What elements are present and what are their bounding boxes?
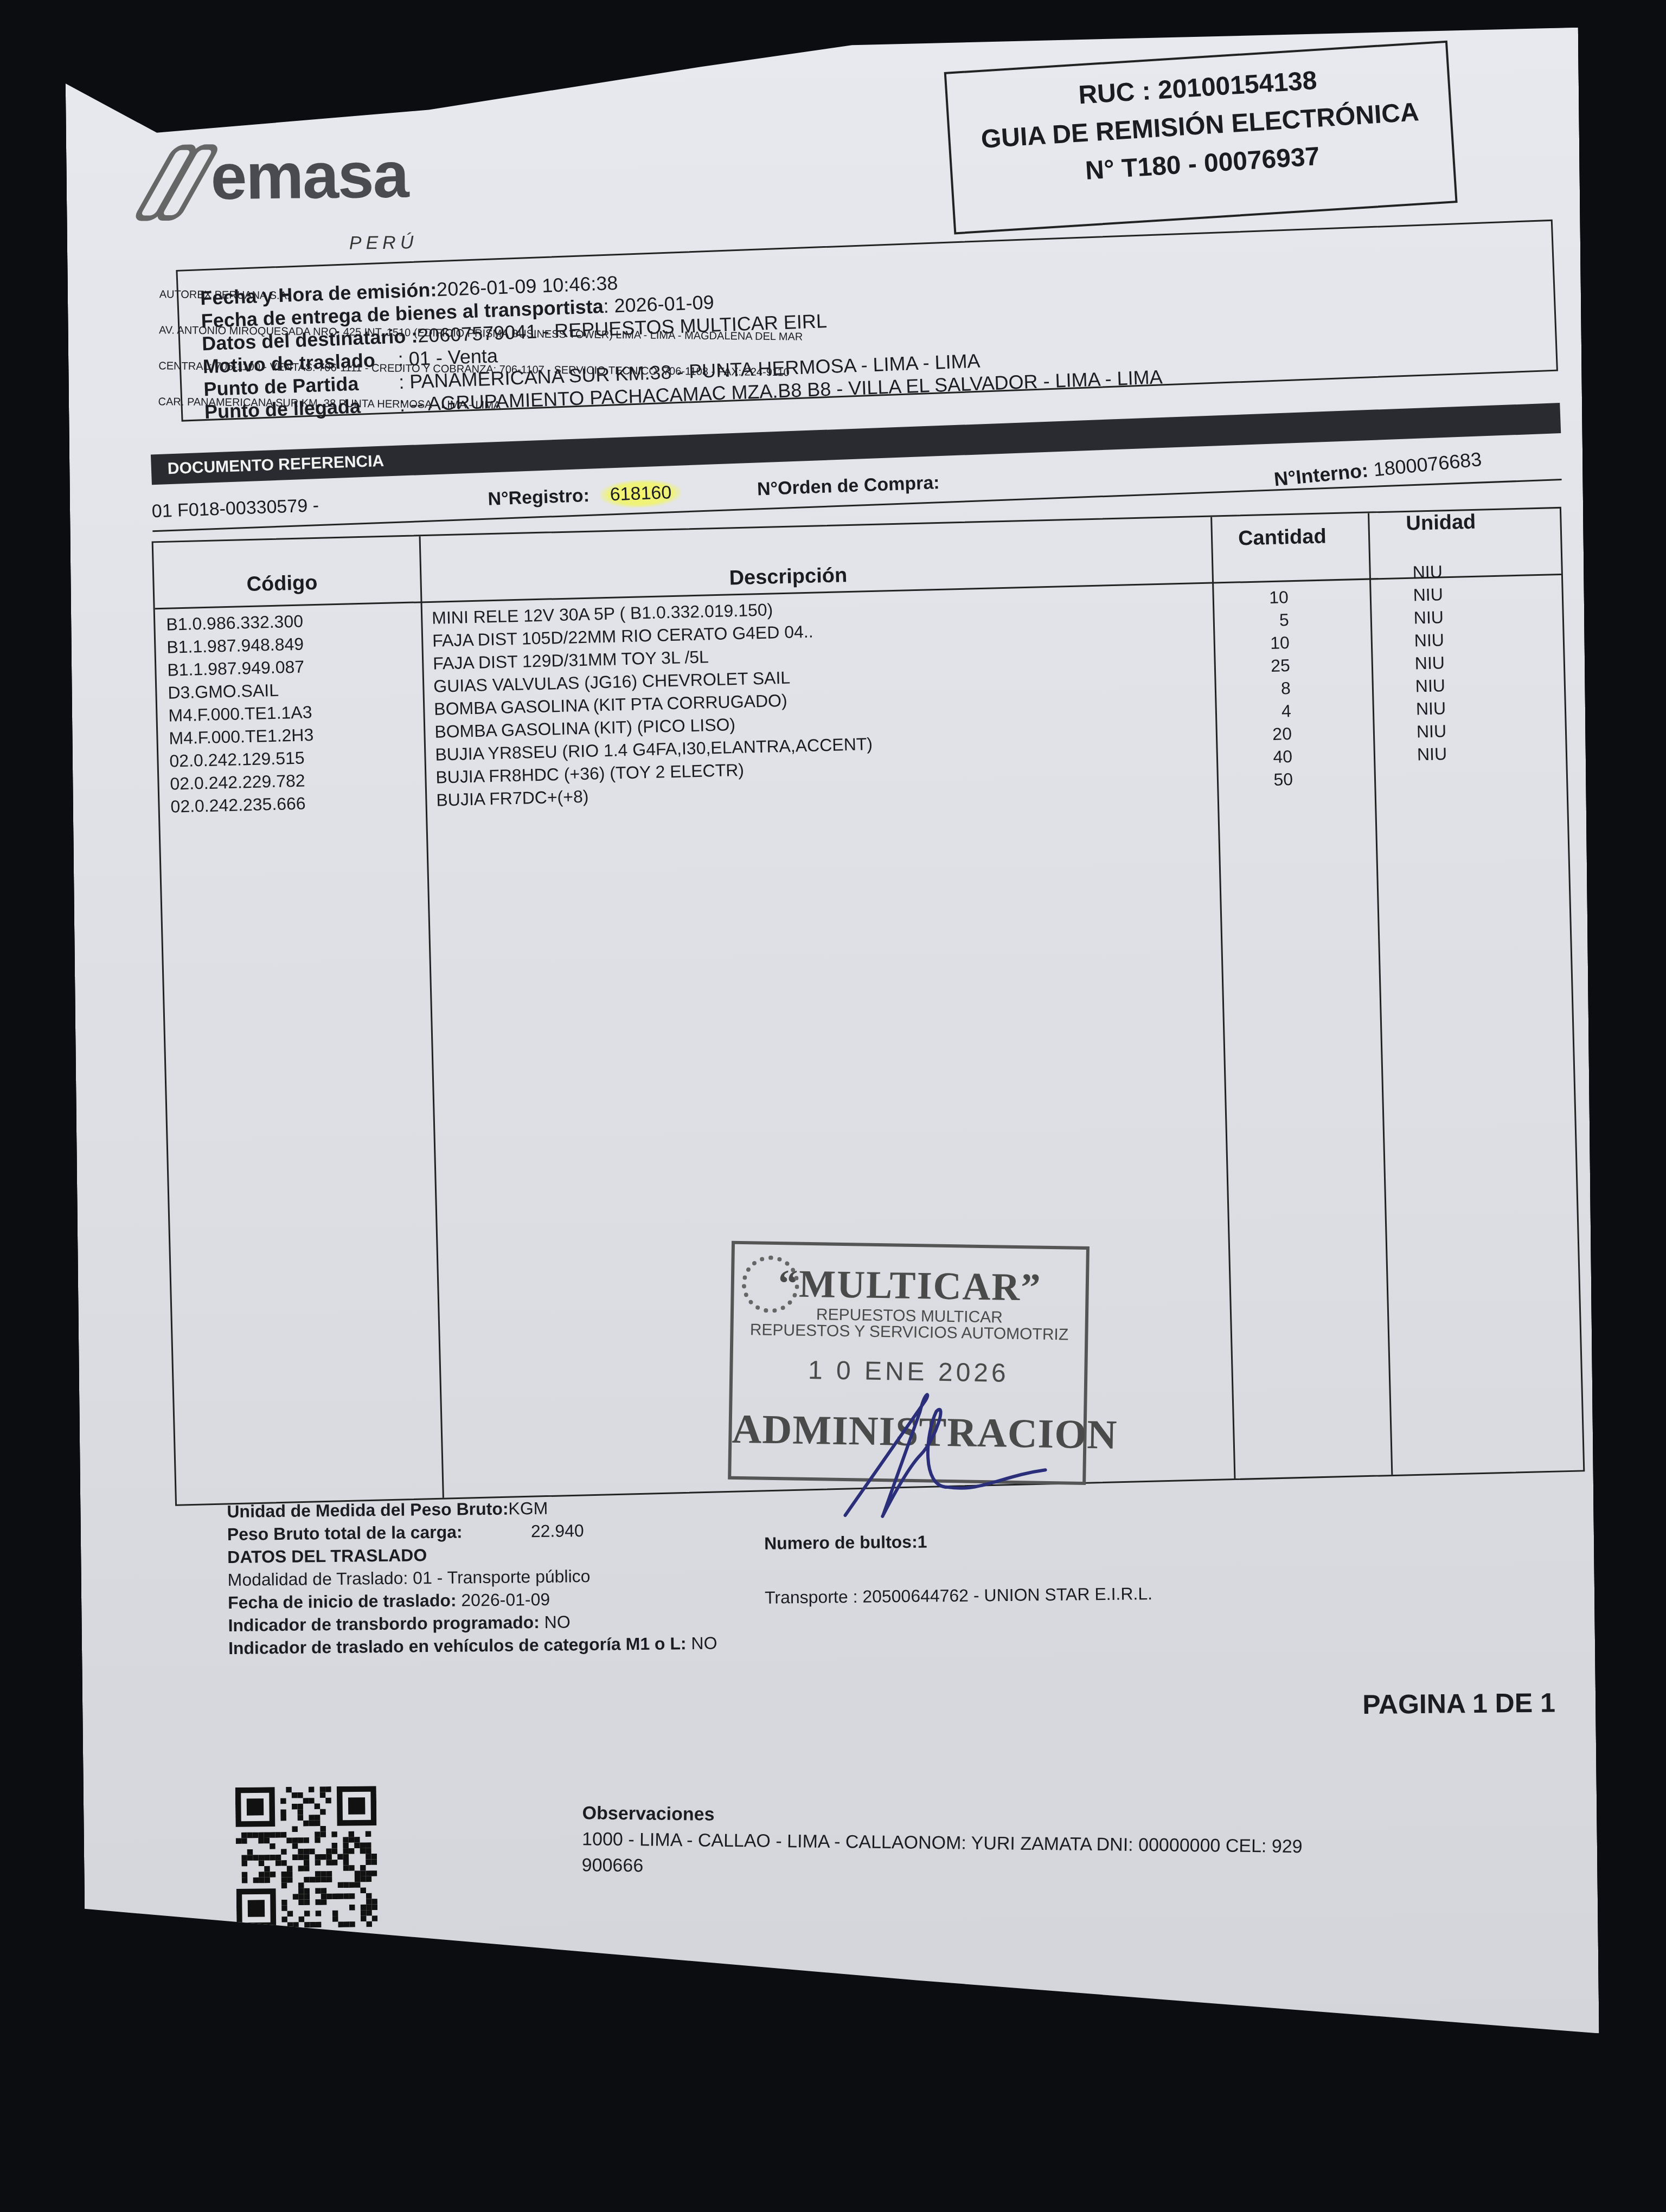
qr-code[interactable]	[235, 1786, 378, 1928]
shipment-summary: Unidad de Medida del Peso Bruto:KGM Peso…	[227, 1495, 717, 1660]
table-cell-unidad: NIU	[1416, 719, 1446, 743]
transbordo-label: Indicador de transbordo programado:	[228, 1612, 540, 1635]
peso-total-value: 22.940	[531, 1521, 584, 1541]
table-cell-unidad: NIU	[1415, 674, 1445, 697]
emasa-logo: emasa	[153, 137, 408, 215]
table-cell-codigo: D3.GMO.SAIL	[168, 678, 313, 704]
transbordo-value: NO	[544, 1612, 571, 1632]
orden-label: N°Orden de Compra:	[757, 472, 940, 500]
bultos-label: Numero de bultos:	[764, 1532, 918, 1553]
table-cell-cantidad: 40	[1259, 745, 1292, 768]
brand-country: PERÚ	[349, 232, 418, 254]
document-sheet: emasa PERÚ AUTOREX PERUANA S.A. AV. ANTO…	[65, 28, 1599, 2049]
reference-doc: 01 F018-00330579 -	[151, 488, 488, 522]
table-cell-codigo: M4.F.000.TE1.2H3	[169, 723, 314, 750]
table-cell-codigo: 02.0.242.129.515	[169, 746, 315, 773]
m1-label: Indicador de traslado en vehículos de ca…	[228, 1634, 687, 1658]
table-cell-unidad: NIU	[1414, 628, 1444, 652]
table-cell-codigo: 02.0.242.229.782	[170, 769, 315, 795]
table-cell-unidad: NIU	[1413, 606, 1444, 629]
peso-unidad-value: KGM	[508, 1499, 548, 1519]
header-unidad: Unidad	[1406, 511, 1476, 536]
registro-value: 618160	[600, 478, 682, 509]
registro-label: N°Registro:	[488, 485, 590, 510]
table-cell-codigo: B1.1.987.949.087	[167, 655, 312, 681]
observaciones: Observaciones 1000 - LIMA - CALLAO - LIM…	[581, 1800, 1303, 1886]
table-cell-unidad: NIU	[1415, 697, 1446, 720]
info-value: : 01 - Venta	[398, 344, 498, 371]
table-cell-codigo: M4.F.000.TE1.1A3	[168, 700, 313, 727]
table-cell-codigo: B1.0.986.332.300	[166, 609, 311, 636]
table-cell-cantidad: 50	[1260, 768, 1293, 791]
table-cell-unidad: NIU	[1413, 583, 1443, 606]
table-cell-codigo: 02.0.242.235.666	[170, 792, 316, 818]
codigo-list: B1.0.986.332.300B1.1.987.948.849B1.1.987…	[166, 609, 316, 818]
fecha-inicio-label: Fecha de inicio de traslado:	[228, 1591, 457, 1612]
fecha-inicio-value: 2026-01-09	[461, 1590, 550, 1610]
document-id-box: RUC : 20100154138 GUIA DE REMISIÓN ELECT…	[944, 41, 1458, 235]
table-cell-cantidad: 8	[1258, 677, 1291, 700]
table-cell-unidad: NIU	[1414, 651, 1445, 674]
transport-info: Numero de bultos:1 Transporte : 20500644…	[764, 1512, 1153, 1624]
page-indicator: PAGINA 1 DE 1	[1362, 1687, 1555, 1720]
table-cell-cantidad: 4	[1258, 699, 1291, 723]
transporte-value: Transporte : 20500644762 - UNION STAR E.…	[765, 1566, 1153, 1624]
table-cell-cantidad: 10	[1257, 631, 1290, 654]
table-cell-cantidad: 5	[1256, 608, 1289, 632]
cantidad-list: 105102584204050	[1255, 586, 1293, 791]
m1-value: NO	[691, 1634, 717, 1654]
table-cell-unidad: NIU	[1417, 742, 1447, 766]
emasa-logo-icon	[153, 144, 202, 210]
stamp-line2: REPUESTOS Y SERVICIOS AUTOMOTRIZ	[733, 1322, 1085, 1343]
header-descripcion: Descripción	[729, 564, 848, 590]
header-cantidad: Cantidad	[1238, 525, 1327, 550]
unidad-list: NIUNIUNIUNIUNIUNIUNIUNIUNIU	[1412, 560, 1447, 766]
descripcion-list: MINI RELE 12V 30A 5P ( B1.0.332.019.150)…	[432, 596, 874, 812]
table-cell-cantidad: 25	[1257, 654, 1290, 677]
signature	[838, 1378, 1057, 1521]
bultos-value: 1	[918, 1532, 927, 1552]
info-value: : 2026-01-09	[603, 291, 715, 318]
col-cantidad	[1210, 513, 1393, 1479]
table-cell-unidad: NIU	[1412, 560, 1443, 583]
peso-total-label: Peso Bruto total de la carga:	[227, 1520, 531, 1546]
brand-name: emasa	[210, 137, 408, 214]
table-cell-cantidad: 10	[1255, 586, 1289, 609]
table-cell-cantidad: 20	[1259, 722, 1292, 745]
peso-unidad-label: Unidad de Medida del Peso Bruto:	[227, 1499, 509, 1521]
header-codigo: Código	[246, 571, 318, 596]
table-cell-codigo: B1.1.987.948.849	[166, 632, 312, 659]
